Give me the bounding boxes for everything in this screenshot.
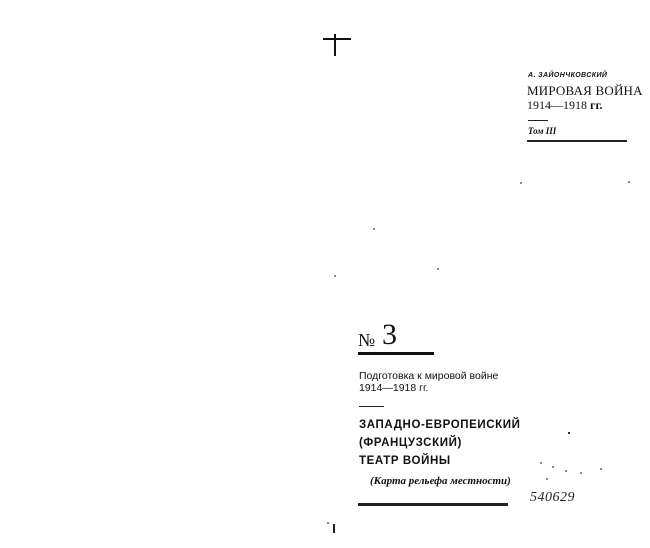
divider-dash [359, 406, 384, 407]
speck [437, 268, 439, 270]
speck [568, 432, 570, 434]
bottom-rule [358, 503, 508, 506]
number-sign: № [358, 330, 375, 351]
title-line-1: ЗАПАДНО-ЕВРОПЕИСКИЙ [359, 416, 521, 434]
series-years-range: 1914—1918 [527, 98, 587, 112]
speck [546, 478, 548, 480]
speck [334, 275, 336, 277]
subtitle-line-2: 1914—1918 гг. [359, 382, 498, 394]
series-years: 1914—1918 гг. [527, 98, 603, 113]
speck [580, 472, 582, 474]
sheet-title: ЗАПАДНО-ЕВРОПЕИСКИЙ (ФРАНЦУЗСКИЙ) ТЕАТР … [359, 416, 521, 470]
sheet-number: 3 [382, 318, 397, 352]
series-title: МИРОВАЯ ВОЙНА [527, 83, 643, 99]
speck [628, 181, 630, 183]
cross-mark-horizontal [323, 38, 351, 40]
speck [565, 470, 567, 472]
volume-label: Том III [528, 126, 556, 136]
speck [373, 228, 375, 230]
author-name: А. Зайончковский [528, 72, 607, 79]
map-type: (Карта рельефа местности) [370, 475, 511, 487]
speck [600, 468, 602, 470]
title-line-2: (ФРАНЦУЗСКИЙ) [359, 434, 521, 452]
divider-dash [528, 120, 548, 121]
speck [552, 466, 554, 468]
sheet-subtitle: Подготовка к мировой войне 1914—1918 гг. [359, 370, 498, 394]
handwritten-inventory-number: 540629 [530, 490, 575, 506]
speck [540, 462, 542, 464]
edge-mark [333, 524, 335, 533]
number-rule [358, 352, 434, 355]
speck [327, 522, 329, 524]
title-line-3: ТЕАТР ВОЙНЫ [359, 452, 521, 470]
header-rule [527, 140, 627, 142]
series-years-suffix: гг. [590, 98, 603, 112]
cross-mark-vertical [334, 34, 336, 56]
subtitle-line-1: Подготовка к мировой войне [359, 370, 498, 382]
speck [520, 182, 522, 184]
